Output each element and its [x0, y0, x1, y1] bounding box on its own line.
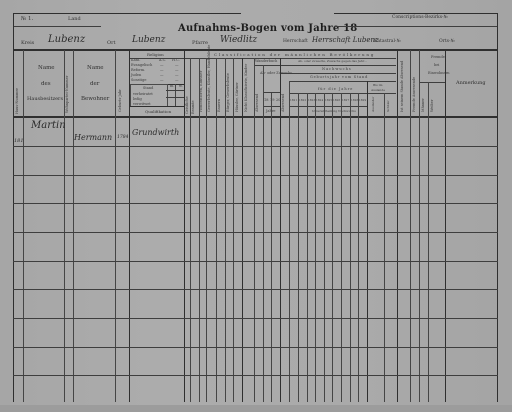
- religion-header: Religion: [147, 53, 164, 57]
- entry-haus-nummer: 181: [14, 139, 24, 144]
- stand-rule: [166, 97, 185, 98]
- grid-col: [280, 58, 281, 402]
- fremde-header-3: Einwohnern: [428, 72, 450, 76]
- entry-geburtsjahr: 1784: [117, 136, 128, 141]
- grid-col: [254, 58, 255, 402]
- grid-row: [13, 318, 498, 319]
- religion-dash: —: [160, 79, 164, 83]
- class-beamte: Beamte: [192, 96, 196, 114]
- religion-row-label: Reform.: [131, 69, 145, 73]
- religion-dash: —: [175, 64, 179, 68]
- stand-rule: [166, 90, 185, 91]
- kreis-label: Kreis: [21, 41, 34, 46]
- census-form-sheet: № 1. Land Aufnahms-Bogen vom Jahre 18 Co…: [0, 0, 512, 412]
- religion-dash: —: [175, 69, 179, 73]
- grid-col: [358, 93, 359, 402]
- col-haus-nummer: Haus-Nummer: [16, 80, 20, 114]
- header-rule: [230, 13, 241, 14]
- fremde-header-1: Fremde: [431, 56, 445, 60]
- grid-row: [13, 175, 498, 176]
- outer-border-right: [497, 13, 498, 402]
- stand-rule: [175, 84, 176, 106]
- nachwuchs-header: Nachwuchs: [322, 68, 352, 72]
- pfarre-label: Pfarre: [192, 41, 208, 46]
- grid-col: [410, 50, 411, 402]
- religion-row-label: Kath.: [131, 59, 140, 63]
- class-nicht-klassifizierte: Nicht Klassifizierte, Kinder: [245, 72, 249, 112]
- religion-row-label: Sonstige: [131, 79, 146, 83]
- grid-row: [13, 375, 498, 376]
- grid-col: [129, 50, 130, 402]
- stand-bottom-rule: [130, 106, 185, 107]
- col-bewohner-3: Bewohner: [81, 97, 109, 103]
- fuer-die-jahre: für die Jahre: [318, 88, 353, 92]
- grid-col: [298, 93, 299, 402]
- grid-col: [428, 82, 429, 402]
- class-bauern: Bauern: [218, 96, 222, 112]
- year-col: 1824: [316, 99, 323, 102]
- nachwuchs-rule: [289, 106, 367, 107]
- grid-col: [233, 58, 234, 402]
- class-gewerbsleute: Gewerbsleute, Künstler, Handelsleute: [208, 62, 212, 112]
- table-top-rule: [13, 49, 498, 51]
- grid-col: [115, 50, 116, 402]
- age-rule: [263, 106, 281, 107]
- grid-row: [13, 203, 498, 204]
- katastral-label: Katastral-№: [374, 40, 401, 45]
- entry-qualifikation: Grundwirth: [132, 129, 179, 137]
- grid-col: [332, 93, 333, 402]
- class-buerger: Bürger, Gewerbsleute: [227, 78, 231, 112]
- form-title: Aufnahms-Bogen vom Jahre 18: [178, 24, 357, 34]
- nachwuchs-rule: [281, 65, 396, 66]
- col-hausbesitzer-3: Hausbesitzers: [27, 97, 63, 102]
- religion-row-label: Juden: [131, 74, 141, 78]
- class-haeusler: Häusler, Gärtner: [236, 74, 240, 112]
- grid-col: [184, 50, 185, 402]
- entry-hausbesitzer: Martin: [31, 121, 66, 131]
- header-rule: [334, 26, 498, 27]
- religion-dash: —: [160, 64, 164, 68]
- religion-col-b: H.C.: [172, 59, 180, 63]
- grid-col: [397, 50, 398, 402]
- year-col: 1822: [299, 99, 306, 102]
- col-geburtsjahr: Geburts-Jahr: [119, 90, 123, 112]
- age-rule: [263, 92, 281, 93]
- geburtsjahr-header: Geburtsjahr vom Stand: [310, 76, 368, 80]
- header-rule: [13, 26, 101, 27]
- col-hausbesitzer-1: Name: [38, 66, 55, 72]
- stand-col-w: w.: [179, 85, 183, 89]
- conscription-label: Conscriptions-Bezirks-№: [392, 16, 448, 21]
- bis-im-auslande-1: Bis im: [373, 84, 382, 87]
- wanderbuch-header: Wanderbuch: [255, 60, 277, 64]
- pfarre-value: Wiedlitz: [220, 36, 257, 45]
- bis-im-auslande-2: Auslande: [371, 89, 385, 92]
- table-header-rule: [13, 116, 498, 118]
- grid-col: [324, 93, 325, 402]
- religion-row-label: Evangelisch: [131, 64, 152, 68]
- religion-dash: —: [160, 74, 164, 78]
- grid-col: [216, 58, 217, 402]
- auslande-rule: [367, 93, 396, 94]
- kreis-value: Lubenz: [48, 35, 85, 45]
- abwesend-label: Abwesend: [256, 72, 260, 112]
- religion-dash: —: [175, 79, 179, 83]
- col-schueler: Schüler: [387, 100, 390, 112]
- grid-row: [13, 261, 498, 262]
- fremde-rule: [419, 82, 446, 83]
- stand-box: [130, 84, 168, 107]
- grid-col: [263, 65, 264, 402]
- class-honoratioren: Honoratioren, Künstler: [200, 62, 204, 112]
- grid-row: [13, 146, 498, 147]
- grid-col: [341, 93, 342, 402]
- herrschaft-label: Herrschaft: [283, 40, 308, 45]
- religion-rule: [130, 58, 185, 59]
- col-hausbesitzer-2: des: [41, 82, 51, 88]
- grid-col: [307, 93, 308, 402]
- grid-col: [206, 58, 207, 402]
- col-anmerkung: Anmerkung: [456, 81, 486, 86]
- stand-col-m: m.: [170, 85, 174, 89]
- col-bewohner-2: der: [90, 82, 99, 88]
- nachwuchs-rule: [289, 93, 367, 94]
- entry-bewohner: Hermann: [74, 134, 112, 142]
- outer-border-left: [13, 13, 14, 402]
- nachwuchs-rule: [281, 73, 396, 74]
- orts-label: Orts-№: [439, 40, 455, 45]
- col-qualifikation: Qualifikation: [145, 110, 171, 114]
- ort-label: Ort: [107, 41, 116, 46]
- grid-row: [13, 289, 498, 290]
- grid-col: [289, 81, 290, 402]
- grid-col: [367, 81, 368, 402]
- fremde-col-maenner: Männer: [422, 96, 426, 112]
- col-bewohner-1: Name: [87, 66, 104, 72]
- grid-col: [190, 58, 191, 402]
- year-col: 1829: [359, 99, 366, 102]
- grid-col: [225, 58, 226, 402]
- col-wohnpartei-nummer: Wohnpartei-Nummer: [66, 75, 70, 113]
- classification-header: Classification der männlichen Bevölkerun…: [214, 53, 375, 57]
- subnote-text: Ab- oder zuwachs, Zuwachs gegen das Jahr…: [298, 60, 367, 63]
- col-zu-seinem-stande: Ist seinem Stande Abwesend: [401, 58, 405, 112]
- grid-col: [23, 50, 24, 402]
- grid-col: [419, 50, 420, 402]
- grid-col: [199, 58, 200, 402]
- grid-col: [315, 93, 316, 402]
- nachwuchs-rule: [289, 81, 396, 82]
- col-fremde-anwesende: Fremde Anwesende: [413, 60, 417, 112]
- grid-col: [73, 50, 74, 402]
- grid-col: [271, 93, 272, 402]
- wanderbuch-rule: [254, 65, 281, 66]
- grid-col: [445, 50, 446, 402]
- year-col: 1827: [342, 99, 349, 102]
- page-bottom-edge: [0, 405, 512, 412]
- religion-col-a: A.C.: [159, 59, 166, 63]
- header-rule: [13, 13, 240, 14]
- form-number-label: № 1.: [21, 17, 33, 23]
- religion-dash: —: [175, 74, 179, 78]
- year-col: 1826: [333, 99, 340, 102]
- grid-col: [350, 93, 351, 402]
- grid-col: [384, 93, 385, 402]
- col-auslaender: Ausländer: [372, 96, 375, 112]
- herrschaft-value: Herrschaft Lubenz: [312, 37, 379, 44]
- fremde-col-weiber: Weiber: [431, 96, 435, 112]
- age-col: 18: [264, 99, 268, 103]
- fremde-header-2: bei: [434, 64, 439, 68]
- ort-value: Lubenz: [132, 36, 165, 45]
- header-rule: [334, 13, 498, 14]
- grid-row: [13, 347, 498, 348]
- col-nachwuchs-side: Abwesend: [282, 84, 286, 112]
- land-label: Land: [68, 17, 81, 22]
- class-geistliche: Geistliche: [186, 94, 190, 114]
- grid-row: [13, 232, 498, 233]
- religion-dash: —: [160, 69, 164, 73]
- grid-col: [242, 58, 243, 402]
- grid-col: [64, 50, 65, 402]
- year-col: 1821: [290, 99, 297, 102]
